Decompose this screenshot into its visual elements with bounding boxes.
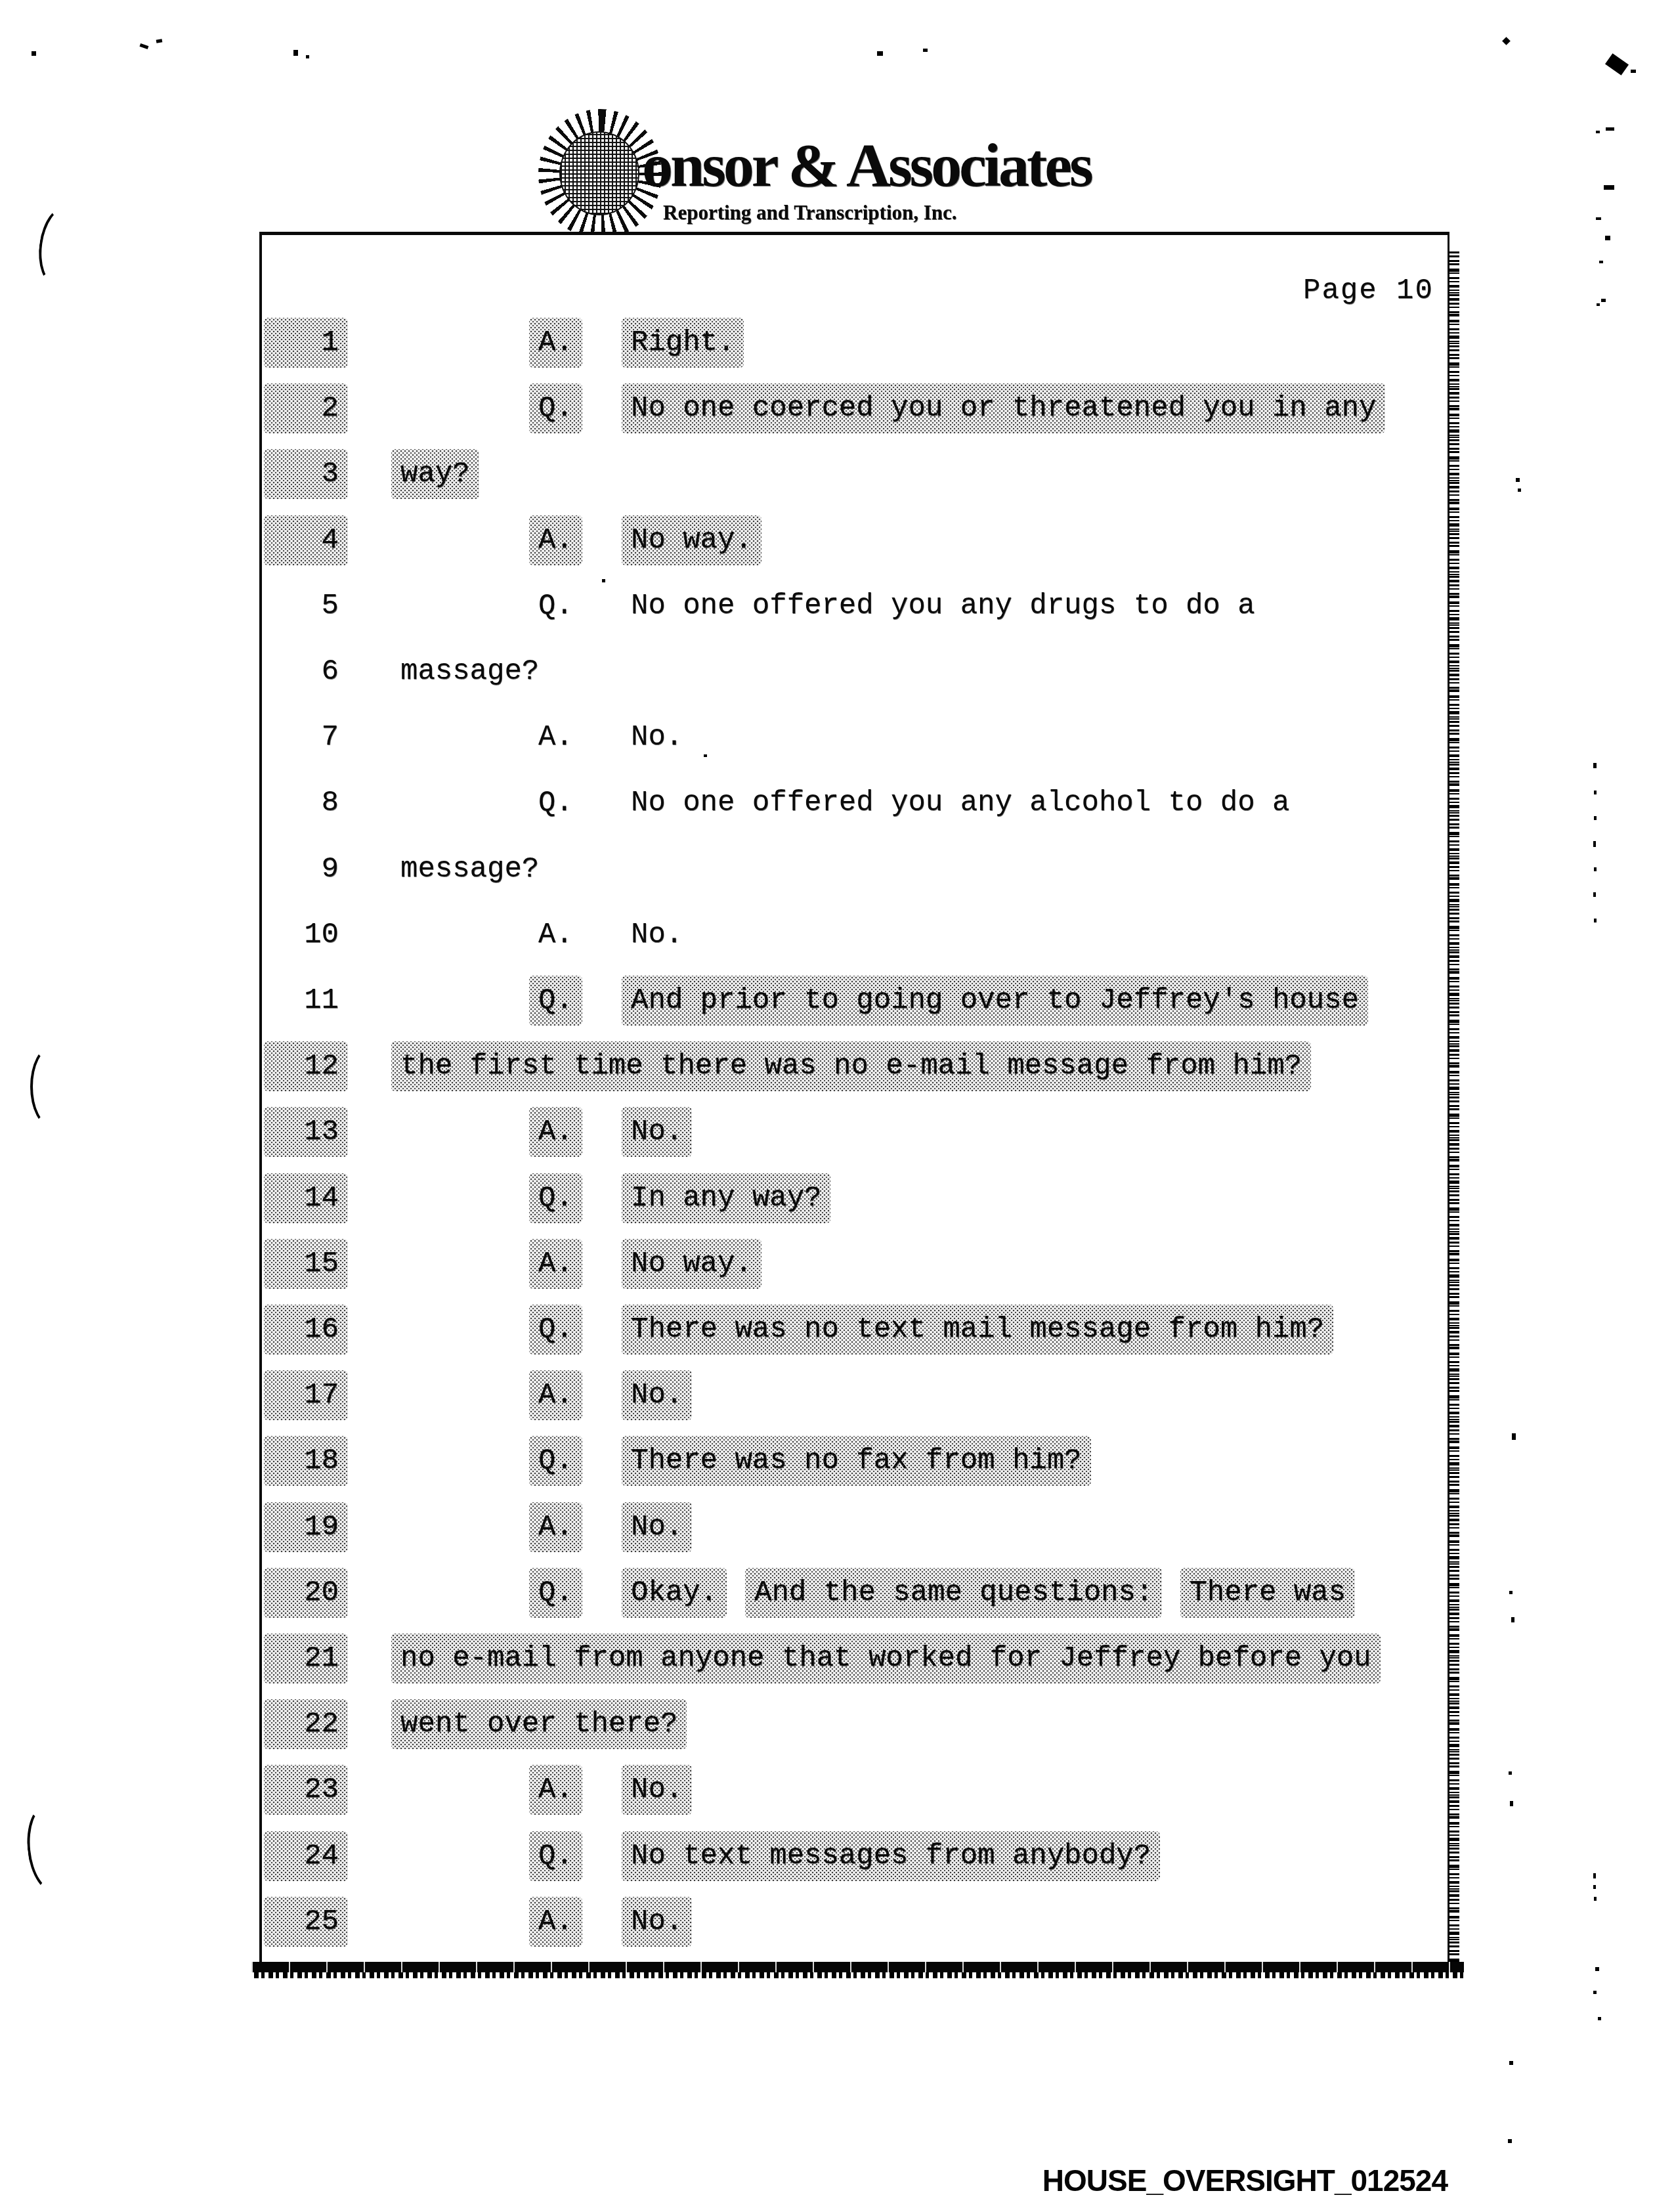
transcript-line: 16Q.There was no text mail message from …	[0, 1305, 1674, 1357]
scan-speck	[140, 43, 149, 49]
scan-speck	[1605, 236, 1610, 240]
transcript-line: 12the first time there was no e-mail mes…	[0, 1041, 1674, 1094]
line-text: No text messages from anybody?	[622, 1831, 1160, 1881]
line-text: There was no text mail message from him?	[622, 1305, 1333, 1355]
transcript-line: 17A.No.	[0, 1370, 1674, 1423]
bates-stamp: HOUSE_OVERSIGHT_012524	[1042, 2163, 1448, 2198]
transcript-line: 11Q.And prior to going over to Jeffrey's…	[0, 976, 1674, 1028]
company-tagline: Reporting and Transcription, Inc.	[663, 201, 957, 225]
line-text: There was	[1180, 1568, 1355, 1618]
scan-speck	[1509, 2061, 1513, 2065]
line-number: 23	[264, 1765, 348, 1815]
line-text: Okay.	[622, 1568, 727, 1618]
line-number: 6	[264, 647, 348, 697]
scan-speck	[1593, 1885, 1596, 1889]
scan-speck	[1593, 1991, 1597, 1994]
line-text-group: Right.	[622, 318, 762, 368]
line-text-group: No.	[622, 1107, 710, 1157]
line-number: 22	[264, 1699, 348, 1749]
scan-speck	[1508, 2139, 1512, 2143]
scan-speck	[1595, 1967, 1599, 1971]
transcript-line: 8Q.No one offered you any alcohol to do …	[0, 778, 1674, 831]
scan-speck	[1631, 70, 1636, 73]
speaker-label: A.	[529, 712, 582, 762]
line-text: No.	[622, 910, 692, 960]
line-text: message?	[391, 844, 548, 894]
scanned-transcript-page: onsor & Associates Reporting and Transcr…	[0, 0, 1674, 2212]
line-text: No one offered you any alcohol to do a	[622, 778, 1298, 828]
transcript-line: 2Q.No one coerced you or threatened you …	[0, 383, 1674, 436]
page-number: Page 10	[1303, 274, 1434, 307]
speaker-label: A.	[529, 1897, 582, 1947]
speaker-label: Q.	[529, 1305, 582, 1355]
speaker-label: Q.	[529, 1173, 582, 1223]
line-text-group: No.	[622, 1502, 710, 1552]
line-text: No way.	[622, 1239, 762, 1289]
line-text: In any way?	[622, 1173, 830, 1223]
transcript-line: 14Q.In any way?	[0, 1173, 1674, 1226]
line-text-group: And prior to going over to Jeffrey's hou…	[622, 976, 1386, 1026]
line-text-group: There was no fax from him?	[622, 1436, 1109, 1486]
transcript-line: 21no e-mail from anyone that worked for …	[0, 1634, 1674, 1686]
scan-speck	[1597, 303, 1600, 306]
scan-speck	[923, 49, 928, 52]
scan-speck	[1593, 763, 1597, 768]
transcript-line: 13A.No.	[0, 1107, 1674, 1160]
line-number: 8	[264, 778, 348, 828]
line-text-group: No.	[622, 1765, 710, 1815]
scan-speck	[293, 50, 298, 56]
line-number: 2	[264, 383, 348, 433]
line-text-group: No way.	[622, 515, 780, 565]
line-text-group: No.	[622, 1370, 710, 1420]
scan-speck	[1502, 37, 1511, 45]
speaker-label: A.	[529, 910, 582, 960]
scan-speck	[877, 51, 883, 56]
scan-speck	[306, 55, 309, 58]
speaker-label: A.	[529, 1502, 582, 1552]
scan-speck	[1511, 1617, 1514, 1622]
line-text: no e-mail from anyone that worked for Je…	[391, 1634, 1381, 1683]
scan-speck	[156, 39, 163, 43]
line-text: No.	[622, 712, 692, 762]
transcript-line: 1A.Right.	[0, 318, 1674, 370]
transcript-line: 7A.No.	[0, 712, 1674, 765]
line-text-group: No one offered you any drugs to do a	[622, 581, 1283, 631]
line-number: 7	[264, 712, 348, 762]
line-text: No.	[622, 1370, 692, 1420]
line-number: 1	[264, 318, 348, 368]
line-number: 14	[264, 1173, 348, 1223]
speaker-label: A.	[529, 515, 582, 565]
line-text-group: In any way?	[622, 1173, 849, 1223]
scan-speck	[1510, 1801, 1513, 1806]
scan-speck	[1604, 185, 1614, 190]
line-number: 11	[264, 976, 348, 1026]
speaker-label: A.	[529, 318, 582, 368]
scan-speck	[1598, 2017, 1601, 2020]
scan-speck	[1593, 841, 1596, 847]
line-text-group: No text messages from anybody?	[622, 1831, 1178, 1881]
line-text: No.	[622, 1897, 692, 1947]
line-number: 17	[264, 1370, 348, 1420]
speaker-label: Q.	[529, 581, 582, 631]
line-number: 4	[264, 515, 348, 565]
transcript-line: 15A.No way.	[0, 1239, 1674, 1291]
scan-speck	[1593, 892, 1596, 897]
line-text: No one coerced you or threatened you in …	[622, 383, 1385, 433]
speaker-label: Q.	[529, 1436, 582, 1486]
scan-speck	[1594, 816, 1597, 820]
line-text: massage?	[391, 647, 548, 697]
scan-speck	[1596, 131, 1600, 133]
scan-speck	[1593, 1873, 1596, 1878]
scan-speck	[1518, 488, 1521, 492]
speaker-label: Q.	[529, 1831, 582, 1881]
line-text-group: the first time there was no e-mail messa…	[391, 1041, 1329, 1091]
line-text: There was no fax from him?	[622, 1436, 1091, 1486]
line-text-group: No way.	[622, 1239, 780, 1289]
line-text: way?	[391, 449, 479, 499]
line-text-group: went over there?	[391, 1699, 705, 1749]
line-number: 10	[264, 910, 348, 960]
scan-speck	[1599, 261, 1603, 263]
scan-artifact-bottom-band	[251, 1962, 1464, 1972]
scan-speck	[1594, 919, 1597, 922]
line-text-group: massage?	[391, 647, 567, 697]
transcript-line: 20Q.Okay.And the same questions:There wa…	[0, 1568, 1674, 1620]
transcript-line: 4A.No way.	[0, 515, 1674, 568]
speaker-label: Q.	[529, 1568, 582, 1618]
scan-speck	[1512, 1433, 1516, 1440]
line-number: 25	[264, 1897, 348, 1947]
transcript-line: 24Q.No text messages from anybody?	[0, 1831, 1674, 1884]
scan-speck	[1605, 53, 1629, 76]
line-number: 16	[264, 1305, 348, 1355]
speaker-label: A.	[529, 1107, 582, 1157]
line-text-group: way?	[391, 449, 498, 499]
scan-speck	[1516, 478, 1520, 482]
transcript-line: 18Q.There was no fax from him?	[0, 1436, 1674, 1488]
transcript-line: 25A.No.	[0, 1897, 1674, 1949]
scan-speck	[1509, 1771, 1512, 1775]
speaker-label: Q.	[529, 383, 582, 433]
scan-speck	[1596, 217, 1601, 220]
line-number: 21	[264, 1634, 348, 1683]
line-text-group: No one offered you any alcohol to do a	[622, 778, 1317, 828]
scan-speck	[704, 754, 707, 757]
speaker-label: A.	[529, 1765, 582, 1815]
speaker-label: A.	[529, 1239, 582, 1289]
line-text-group: No.	[622, 1897, 710, 1947]
line-number: 12	[264, 1041, 348, 1091]
scan-speck	[1594, 867, 1597, 871]
line-text: No.	[622, 1107, 692, 1157]
line-number: 13	[264, 1107, 348, 1157]
transcript-line: 5Q.No one offered you any drugs to do a	[0, 581, 1674, 634]
speaker-label: Q.	[529, 976, 582, 1026]
scan-speck	[1594, 1897, 1597, 1901]
transcript-line: 6massage?	[0, 647, 1674, 699]
line-text-group: No.	[622, 910, 710, 960]
scan-speck	[1601, 299, 1606, 302]
line-number: 24	[264, 1831, 348, 1881]
line-text: the first time there was no e-mail messa…	[391, 1041, 1311, 1091]
line-text-group: No.	[622, 712, 710, 762]
line-text: Right.	[622, 318, 744, 368]
line-number: 20	[264, 1568, 348, 1618]
line-text-group: no e-mail from anyone that worked for Je…	[391, 1634, 1399, 1683]
line-text: No way.	[622, 515, 762, 565]
transcript-line: 10A.No.	[0, 910, 1674, 963]
line-number: 3	[264, 449, 348, 499]
line-text-group: message?	[391, 844, 567, 894]
line-text-group: No one coerced you or threatened you in …	[622, 383, 1404, 433]
scan-artifact-crescent	[30, 1046, 74, 1127]
line-number: 18	[264, 1436, 348, 1486]
line-number: 19	[264, 1502, 348, 1552]
scan-artifact-crescent	[34, 204, 88, 289]
company-name: onsor & Associates	[642, 130, 1091, 201]
sun-core	[561, 133, 638, 214]
line-number: 5	[264, 581, 348, 631]
line-number: 15	[264, 1239, 348, 1289]
line-text: went over there?	[391, 1699, 687, 1749]
speaker-label: A.	[529, 1370, 582, 1420]
transcript-line: 9message?	[0, 844, 1674, 897]
line-text: No one offered you any drugs to do a	[622, 581, 1264, 631]
scan-speck	[32, 51, 36, 56]
transcript-line: 22went over there?	[0, 1699, 1674, 1752]
line-text-group: There was no text mail message from him?	[622, 1305, 1352, 1355]
scan-speck	[1606, 127, 1614, 131]
line-text: No.	[622, 1502, 692, 1552]
transcript-line: 23A.No.	[0, 1765, 1674, 1817]
line-text: No.	[622, 1765, 692, 1815]
speaker-label: Q.	[529, 778, 582, 828]
scan-speck	[1509, 1591, 1513, 1594]
transcript-line: 19A.No.	[0, 1502, 1674, 1555]
line-number: 9	[264, 844, 348, 894]
scan-speck	[1594, 791, 1597, 794]
line-text-group: Okay.And the same questions:There was	[622, 1568, 1373, 1618]
line-text: And the same questions:	[745, 1568, 1162, 1618]
scan-speck	[602, 579, 605, 582]
line-text: And prior to going over to Jeffrey's hou…	[622, 976, 1368, 1026]
transcript-line: 3way?	[0, 449, 1674, 502]
